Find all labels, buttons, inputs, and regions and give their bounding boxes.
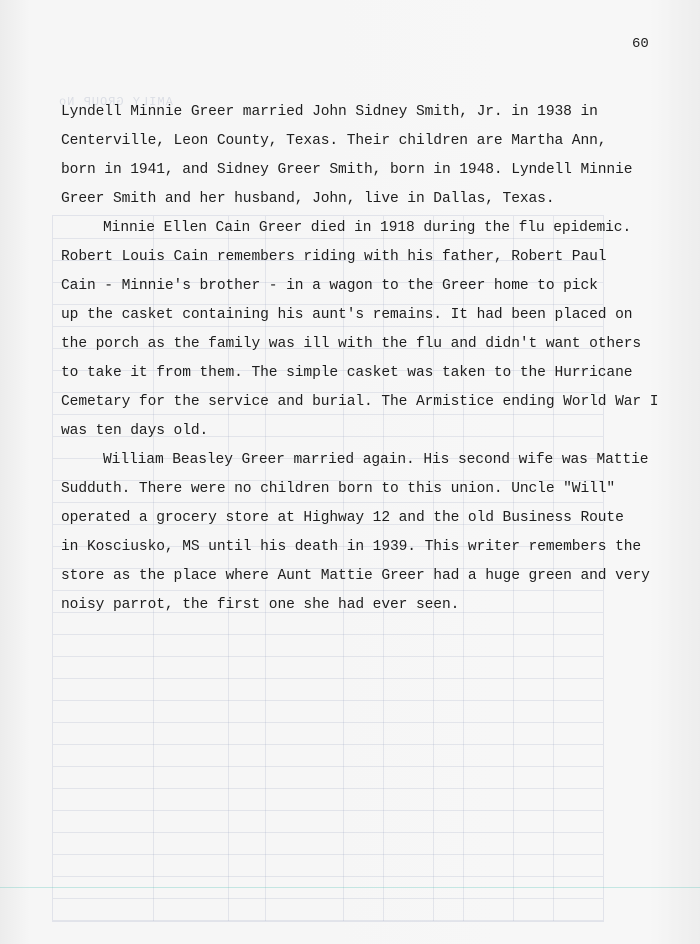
- text-line: William Beasley Greer married again. His…: [61, 446, 681, 475]
- ghost-grid-line: [53, 876, 603, 877]
- ghost-grid-line: [53, 854, 603, 855]
- ghost-grid-line: [53, 788, 603, 789]
- text-line: the porch as the family was ill with the…: [61, 330, 681, 359]
- text-line: in Kosciusko, MS until his death in 1939…: [61, 533, 681, 562]
- scan-artifact-line: [0, 887, 700, 888]
- page-number: 60: [632, 36, 649, 52]
- ghost-grid-line: [53, 700, 603, 701]
- ghost-grid-line: [53, 634, 603, 635]
- text-line: born in 1941, and Sidney Greer Smith, bo…: [61, 156, 681, 185]
- text-line: store as the place where Aunt Mattie Gre…: [61, 562, 681, 591]
- body-text: Lyndell Minnie Greer married John Sidney…: [61, 98, 681, 620]
- ghost-grid-line: [53, 722, 603, 723]
- text-line: Greer Smith and her husband, John, live …: [61, 185, 681, 214]
- text-line: Sudduth. There were no children born to …: [61, 475, 681, 504]
- ghost-grid-line: [53, 810, 603, 811]
- ghost-grid-line: [53, 678, 603, 679]
- text-line: Robert Louis Cain remembers riding with …: [61, 243, 681, 272]
- text-line: operated a grocery store at Highway 12 a…: [61, 504, 681, 533]
- paragraph-2: Minnie Ellen Cain Greer died in 1918 dur…: [61, 214, 681, 446]
- text-line: Cemetary for the service and burial. The…: [61, 388, 681, 417]
- scanned-page: AMILY GROUP No 60 Lyndell Minnie Greer m…: [0, 0, 700, 944]
- ghost-grid-line: [53, 832, 603, 833]
- ghost-grid-line: [53, 920, 603, 921]
- ghost-grid-line: [53, 744, 603, 745]
- ghost-grid-line: [53, 656, 603, 657]
- text-line: Minnie Ellen Cain Greer died in 1918 dur…: [61, 214, 681, 243]
- text-line: to take it from them. The simple casket …: [61, 359, 681, 388]
- ghost-grid-line: [53, 898, 603, 899]
- text-line: Lyndell Minnie Greer married John Sidney…: [61, 98, 681, 127]
- text-line: was ten days old.: [61, 417, 681, 446]
- paragraph-3: William Beasley Greer married again. His…: [61, 446, 681, 620]
- ghost-grid-line: [53, 766, 603, 767]
- text-line: Cain - Minnie's brother - in a wagon to …: [61, 272, 681, 301]
- paragraph-1: Lyndell Minnie Greer married John Sidney…: [61, 98, 681, 214]
- text-line: noisy parrot, the first one she had ever…: [61, 591, 681, 620]
- text-line: up the casket containing his aunt's rema…: [61, 301, 681, 330]
- text-line: Centerville, Leon County, Texas. Their c…: [61, 127, 681, 156]
